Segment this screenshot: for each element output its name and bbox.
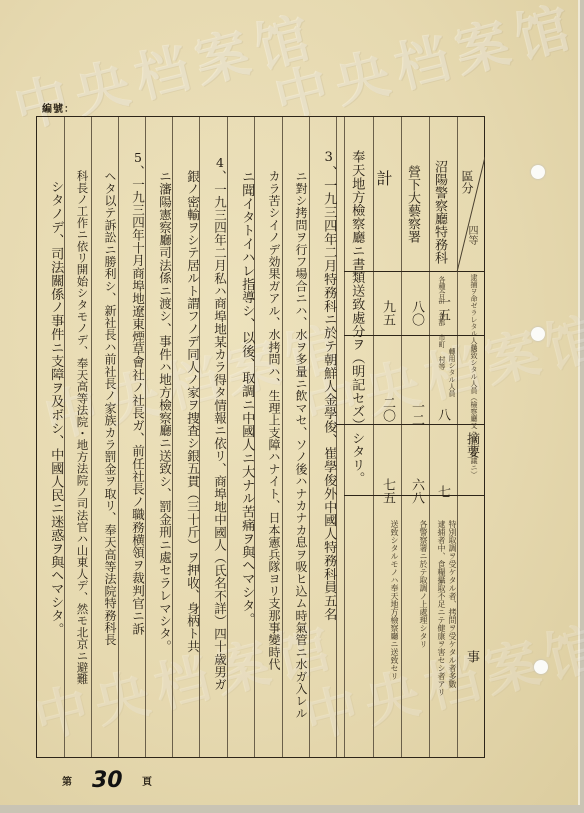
table-header-unit: 四等 bbox=[466, 225, 476, 245]
value-special-row3: 七 bbox=[436, 485, 449, 498]
page-suffix: 頁 bbox=[142, 773, 152, 788]
remark-line: 送致シタルモノハ奉天地方檢察廳ニ送致セリ bbox=[390, 520, 398, 680]
value-total-row1: 九五 bbox=[381, 300, 394, 326]
remark-line: 各警察署ニ於テ取調ノ上處理シタリ bbox=[419, 520, 427, 648]
table-header-dept-local: 營下大藝察署 bbox=[406, 165, 419, 243]
value-local-row3: 六八 bbox=[410, 478, 423, 504]
body-line: シタノデ、司法關係ノ事件ニ支障ヲ及ボシ、中國人民ニ迷惑ヲ與ヘマシタ。 bbox=[49, 180, 62, 636]
row-header-count-note: 各種合計 各都 市町 村等 bbox=[438, 276, 445, 370]
table-header-total: 計 bbox=[375, 170, 391, 186]
value-special-row2: 八 bbox=[436, 408, 449, 421]
document-page: 中央档案馆 中央档案馆 中央档案馆 中央档案馆 中央档案馆 中央档案馆 編號： bbox=[0, 0, 580, 805]
remark-end: 事 bbox=[465, 650, 478, 663]
volume-label: 編號： bbox=[42, 100, 75, 115]
body-line: カラ苦シイノデ効果ガアル、水拷問ハ、生理上支障ハナイト、日本憲兵隊ヨリ支那事變時… bbox=[268, 170, 280, 670]
value-local-row2: 一二 bbox=[410, 400, 423, 426]
watermark: 中央档案馆 bbox=[265, 0, 584, 133]
page-number: 30 bbox=[92, 768, 123, 793]
value-special-row1: 一五 bbox=[436, 295, 449, 321]
row-header-remark: 摘要 bbox=[465, 432, 478, 458]
body-line: 4、一九三四年二月私ハ商埠地某カラ得タ情報ニ依リ、商埠地中國人（氏名不詳）四十歳… bbox=[213, 155, 226, 691]
body-line: 奉天地方檢察廳ニ書類送致處分ヲ（明記セズ）シタリ。 bbox=[350, 150, 363, 485]
row-header-sent: 送致シタル人員（檢察廳又ハ軍法會議ニ） bbox=[470, 345, 477, 478]
table-header-category: 區分 bbox=[461, 170, 473, 194]
punch-hole bbox=[531, 327, 545, 341]
body-line: ニ聞イタトイハレ指導シ、以後、取調ニ中國人ニ大ナル苦痛ヲ與ヘマシタ。 bbox=[240, 170, 253, 626]
body-line: ニ瀋陽憲察廳司法係ニ渡シ、事件ハ地方檢察廳ニ送致シ、罰金刑ニ處セラレマシタ。 bbox=[158, 170, 171, 653]
punch-hole bbox=[531, 165, 545, 179]
value-local-row1: 八〇 bbox=[410, 300, 423, 326]
remark-line: 逮捕者中、食糧攝取不足ニテ健康ヲ害セシ者アリ bbox=[437, 520, 445, 696]
table-header-dept-special: 沼陽警察廳特務科 bbox=[433, 160, 446, 264]
body-line: ニ對シ拷問ヲ行フ場合ニハ、水ヲ多量ニ飲マセ、ソノ後ハナカナカ息ヲ吸ヒ込ム時氣管ニ… bbox=[295, 170, 307, 719]
body-line: 銀ノ密輸ヲシテ居ルト謂フノデ同人ノ家ヲ捜査シ銀五貫（三十斤）ヲ押收、身柄ト共 bbox=[186, 170, 199, 653]
punch-hole bbox=[534, 660, 548, 674]
body-line: 科長ノ工作ニ依リ開始シタモノデ、奉天高等法院・地方法院ノ司法官ハ山東人デ、然モ北… bbox=[76, 170, 88, 685]
value-total-row2: 二〇 bbox=[381, 396, 394, 422]
body-line: 3、一九三四年二月特務科ニ於テ朝鮮人金學俊、崔學俊外中國人特務科員五名 bbox=[322, 150, 335, 621]
body-line: 5、一九三四年十月商埠地遼東煙草會社ノ社長ガ、前任社長ノ職務横領ヲ裁判官ニ訴 bbox=[131, 150, 144, 635]
body-line: ヘタ以テ訴訟ニ勝利シ、新社長ハ前社長ノ家族カラ罰金ヲ取リ、奉天高等法院特務科長 bbox=[104, 170, 116, 646]
row-header-count: 逮捕ヲ命ゼラレタル人員 bbox=[470, 274, 477, 351]
page-prefix: 第 bbox=[62, 773, 72, 788]
value-total-row3: 七五 bbox=[381, 478, 394, 504]
note-special-row2: 轉用シタル人員 bbox=[448, 348, 455, 397]
remark-line: 特別取調ヲ受ケタル者、拷問ヲ受ケタル者多數 bbox=[448, 520, 456, 688]
